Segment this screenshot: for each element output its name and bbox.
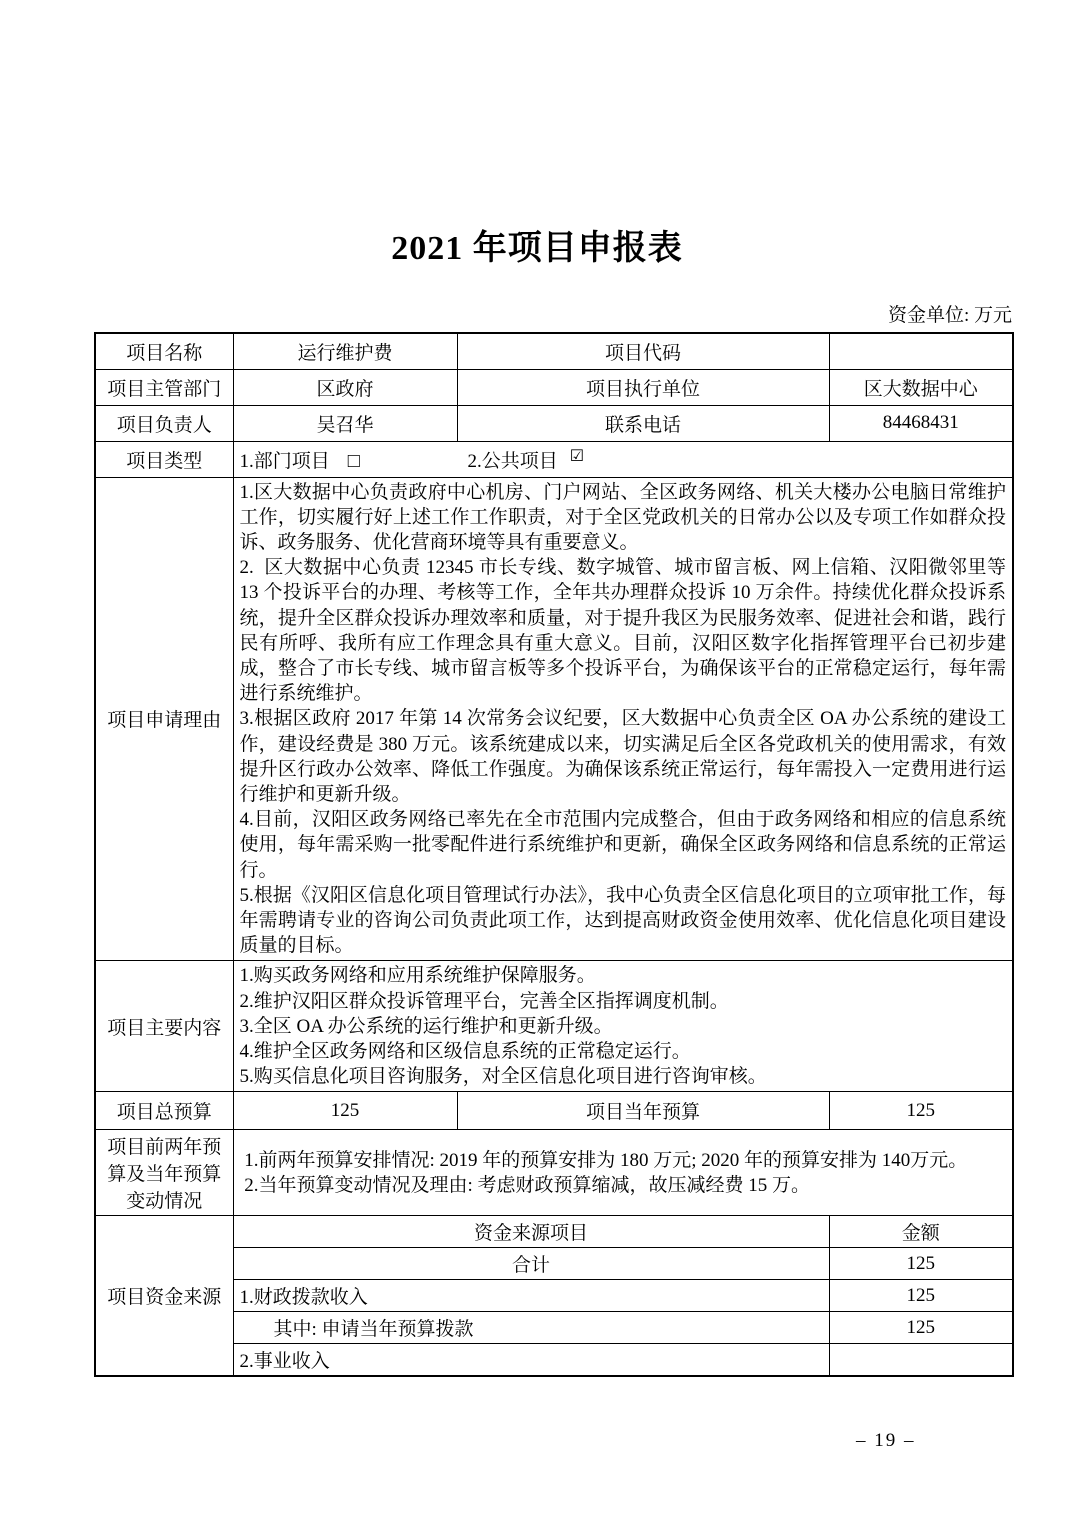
funding-current-appropriation-amount: 125 <box>829 1312 1013 1344</box>
executing-unit-value: 区大数据中心 <box>829 369 1013 405</box>
prev-budget-text: 1.前两年预算安排情况: 2019 年的预算安排为 180 万元; 2020 年… <box>233 1130 1013 1216</box>
option-public-project: 2.公共项目☑ <box>468 451 585 472</box>
supervising-dept-label: 项目主管部门 <box>95 369 233 405</box>
funding-business-income-amount <box>829 1344 1013 1377</box>
application-form-table: 项目名称 运行维护费 项目代码 项目主管部门 区政府 项目执行单位 区大数据中心… <box>94 332 1014 1377</box>
funding-fiscal-item: 1.财政拨款收入 <box>233 1280 829 1312</box>
funding-total-amount: 125 <box>829 1248 1013 1280</box>
document-page: 2021 年项目申报表 资金单位: 万元 项目名称 运行维护费 项目代码 项目主… <box>0 0 1074 1520</box>
project-name-label: 项目名称 <box>95 333 233 369</box>
page-number: – 19 – <box>856 1430 916 1452</box>
supervising-dept-value: 区政府 <box>233 369 457 405</box>
project-leader-label: 项目负责人 <box>95 405 233 441</box>
project-code-label: 项目代码 <box>457 333 829 369</box>
page-title: 2021 年项目申报表 <box>0 220 1074 269</box>
project-type-options: 1.部门项目□2.公共项目☑ <box>233 441 1013 477</box>
contact-phone-label: 联系电话 <box>457 405 829 441</box>
apply-reason-text: 1.区大数据中心负责政府中心机房、门户网站、全区政务网络、机关大楼办公电脑日常维… <box>233 477 1013 961</box>
executing-unit-label: 项目执行单位 <box>457 369 829 405</box>
funding-item-header: 资金来源项目 <box>233 1216 829 1248</box>
funding-business-income-item: 2.事业收入 <box>233 1344 829 1377</box>
main-content-text: 1.购买政务网络和应用系统维护保障服务。 2.维护汉阳区群众投诉管理平台，完善全… <box>233 961 1013 1092</box>
table-row-funding-current-appropriation: 其中: 申请当年预算拨款 125 <box>95 1312 1013 1344</box>
table-row-department: 项目主管部门 区政府 项目执行单位 区大数据中心 <box>95 369 1013 405</box>
total-budget-label: 项目总预算 <box>95 1092 233 1130</box>
table-row-main-content: 项目主要内容 1.购买政务网络和应用系统维护保障服务。 2.维护汉阳区群众投诉管… <box>95 961 1013 1092</box>
total-budget-value: 125 <box>233 1092 457 1130</box>
table-row-project-name: 项目名称 运行维护费 项目代码 <box>95 333 1013 369</box>
option-department-project: 1.部门项目□ <box>240 446 468 473</box>
table-row-project-type: 项目类型 1.部门项目□2.公共项目☑ <box>95 441 1013 477</box>
project-type-label: 项目类型 <box>95 441 233 477</box>
prev-budget-label: 项目前两年预算及当年预算变动情况 <box>95 1130 233 1216</box>
funding-total-item: 合计 <box>233 1248 829 1280</box>
main-content-label: 项目主要内容 <box>95 961 233 1092</box>
table-row-apply-reason: 项目申请理由 1.区大数据中心负责政府中心机房、门户网站、全区政务网络、机关大楼… <box>95 477 1013 961</box>
table-row-funding-business-income: 2.事业收入 <box>95 1344 1013 1377</box>
funding-unit-note: 资金单位: 万元 <box>888 300 1012 327</box>
current-year-budget-value: 125 <box>829 1092 1013 1130</box>
checkbox-unchecked-icon: □ <box>348 450 360 472</box>
option-public-label: 2.公共项目 <box>468 451 558 472</box>
table-row-budget: 项目总预算 125 项目当年预算 125 <box>95 1092 1013 1130</box>
funding-fiscal-amount: 125 <box>829 1280 1013 1312</box>
table-row-funding-total: 合计 125 <box>95 1248 1013 1280</box>
project-code-value <box>829 333 1013 369</box>
funding-amount-header: 金额 <box>829 1216 1013 1248</box>
table-row-leader: 项目负责人 吴召华 联系电话 84468431 <box>95 405 1013 441</box>
table-row-funding-fiscal: 1.财政拨款收入 125 <box>95 1280 1013 1312</box>
table-row-funding-header: 项目资金来源 资金来源项目 金额 <box>95 1216 1013 1248</box>
checkbox-checked-icon: ☑ <box>570 446 584 466</box>
project-name-value: 运行维护费 <box>233 333 457 369</box>
project-leader-value: 吴召华 <box>233 405 457 441</box>
funding-current-appropriation-item: 其中: 申请当年预算拨款 <box>233 1312 829 1344</box>
apply-reason-label: 项目申请理由 <box>95 477 233 961</box>
option-department-label: 1.部门项目 <box>240 451 330 472</box>
table-row-prev-budget: 项目前两年预算及当年预算变动情况 1.前两年预算安排情况: 2019 年的预算安… <box>95 1130 1013 1216</box>
contact-phone-value: 84468431 <box>829 405 1013 441</box>
current-year-budget-label: 项目当年预算 <box>457 1092 829 1130</box>
funding-source-label: 项目资金来源 <box>95 1216 233 1377</box>
